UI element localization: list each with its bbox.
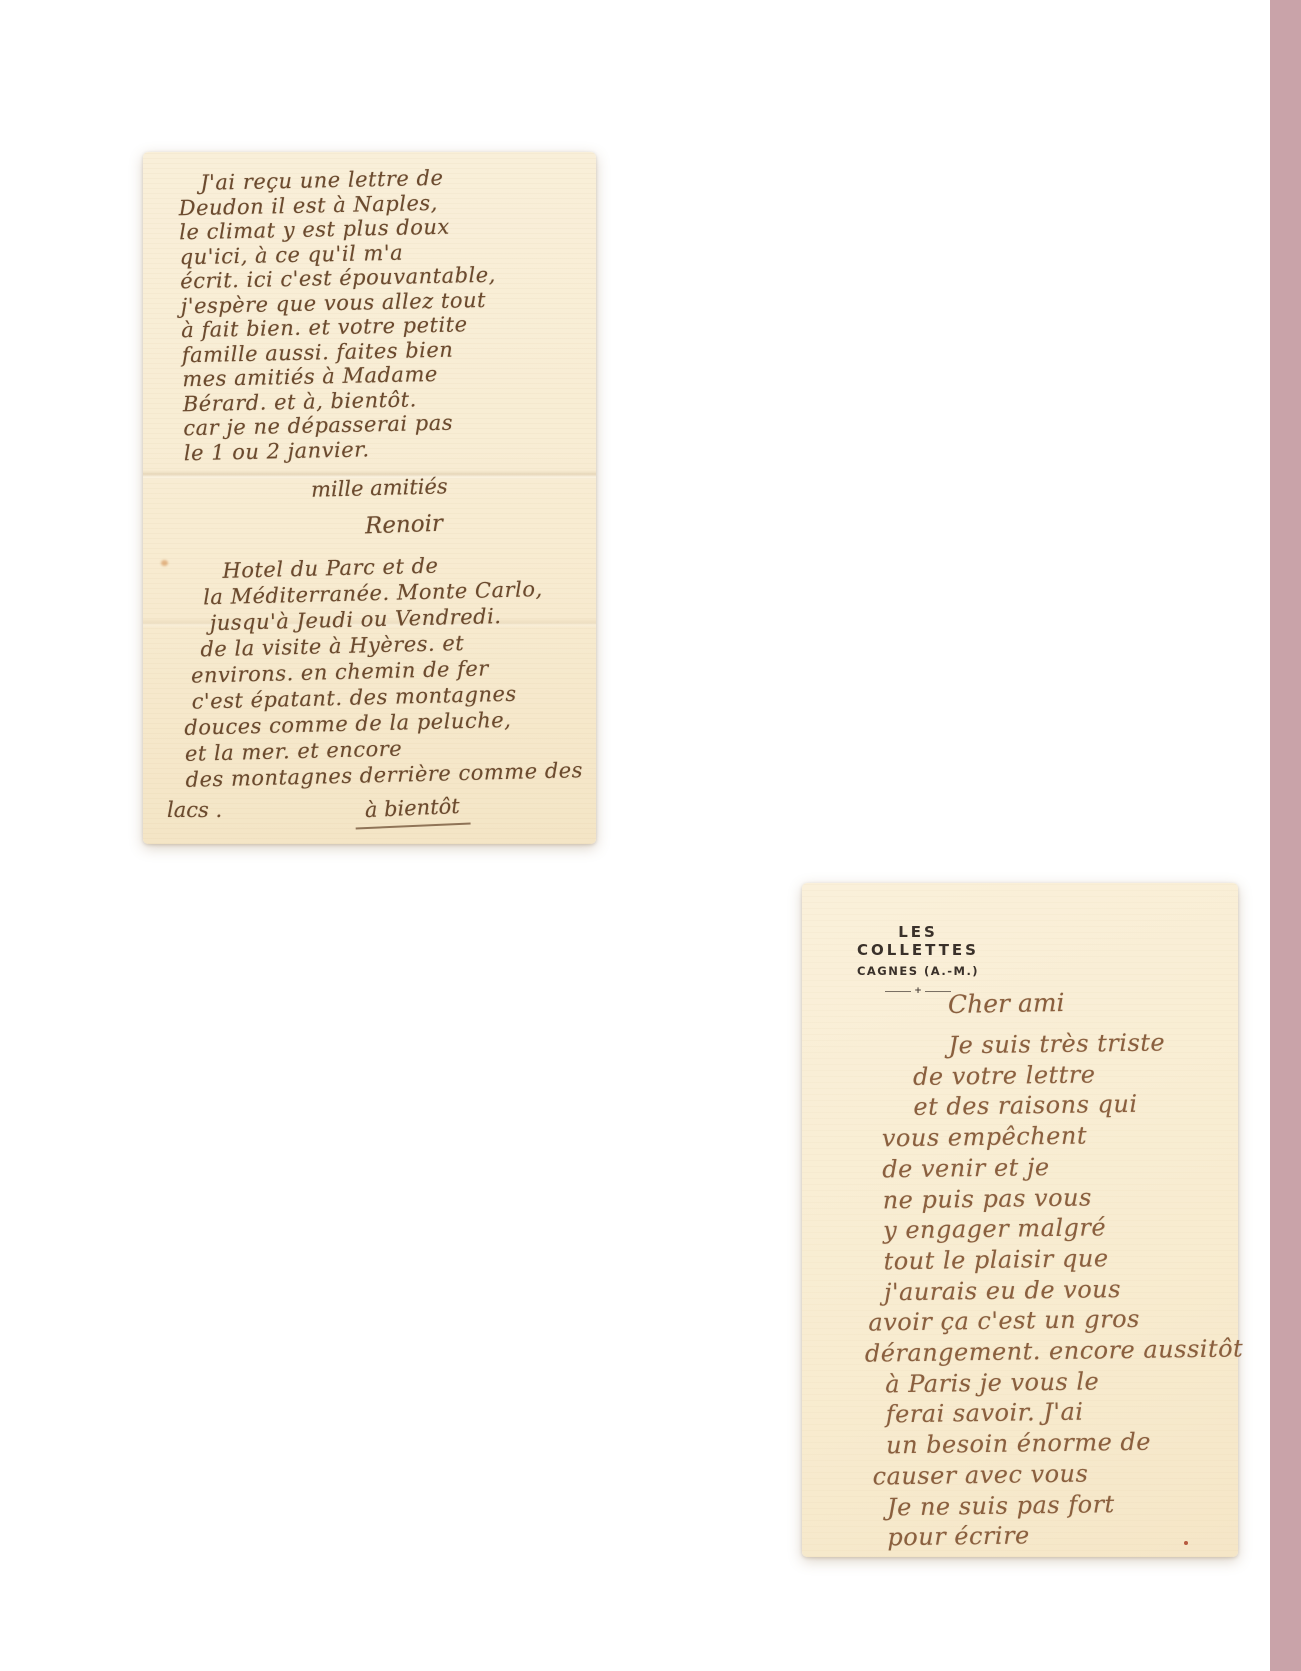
letter-1-signature: Renoir: [365, 511, 444, 540]
handwritten-line: dérangement. encore aussitôt: [865, 1333, 1244, 1369]
letter-1-paragraph-2: Hotel du Parc et dela Méditerranée. Mont…: [180, 549, 583, 793]
letter-1-paragraph-1: J'ai reçu une lettre deDeudon il est à N…: [176, 165, 500, 466]
letter-1-closing: mille amitiés: [311, 474, 448, 502]
handwritten-line: pour écrire: [867, 1518, 1246, 1554]
letterhead-title: LES COLLETTES: [838, 923, 998, 959]
letter-2-salutation: Cher ami: [948, 988, 1065, 1019]
letter-1-farewell: à bientôt: [354, 794, 470, 830]
letter-2-paper: LES COLLETTES CAGNES (A.-M.) + Cher ami …: [802, 883, 1238, 1557]
letterhead-subtitle: CAGNES (A.-M.): [838, 964, 998, 978]
letter-1-paper: J'ai reçu une lettre deDeudon il est à N…: [143, 152, 596, 844]
letter-1-last-line: lacs . à bientôt: [167, 798, 547, 822]
right-accent-bar: [1270, 0, 1301, 1671]
page-background: J'ai reçu une lettre deDeudon il est à N…: [0, 0, 1301, 1671]
letter-2-body: Je suis très tristede votre lettreet des…: [860, 1026, 1246, 1553]
divider-line: [885, 991, 911, 992]
letterhead: LES COLLETTES CAGNES (A.-M.) +: [838, 923, 998, 996]
divider-cross-icon: +: [911, 987, 925, 996]
letter-1-last-word: lacs .: [167, 798, 222, 822]
ink-speck: [1184, 1541, 1188, 1545]
foxing-spot: [161, 560, 168, 566]
